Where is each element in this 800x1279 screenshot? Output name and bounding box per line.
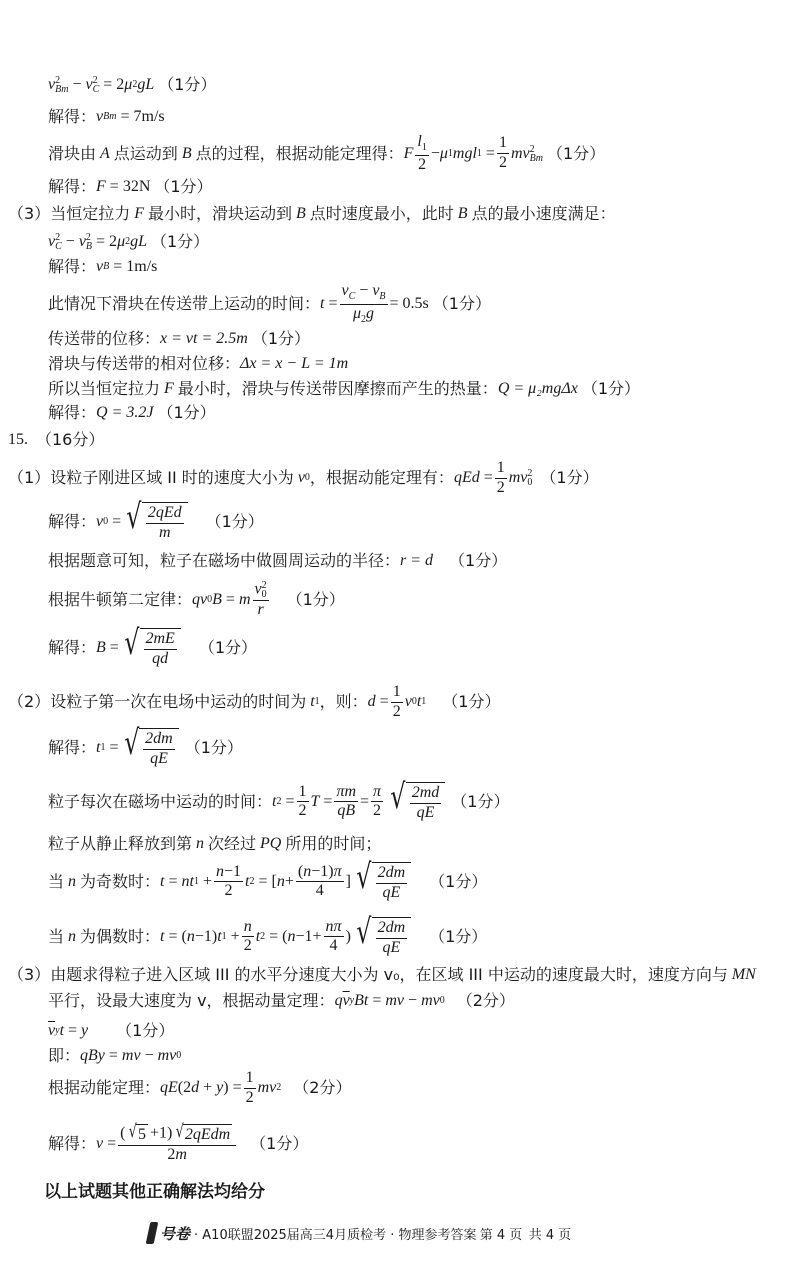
- circular-radius: 根据题意可知，粒子在磁场中做圆周运动的半径： r = d （1分）: [48, 553, 507, 569]
- momentum-theorem: 平行，设最大速度为 v，根据动量定理： qvyBt = mv − mv0 （2分…: [48, 993, 515, 1009]
- n-even-case: 当 n 为偶数时： t = (n−1)t1 + n2t2 = (n−1+ nπ4…: [48, 917, 487, 957]
- result-v-max: 解得： v = (√5+1)√2qEdm2m （1分）: [48, 1124, 308, 1164]
- logo-text: 号卷: [160, 1223, 190, 1244]
- footer-page-total: 共 4 页: [529, 1224, 572, 1243]
- work-energy-a-to-b: 滑块由 A 点运动到 B 点的过程，根据动能定理得： F l12 − μ1mgl…: [48, 134, 605, 173]
- relative-displacement: 滑块与传送带的相对位移： Δx = x − L = 1m: [48, 356, 348, 372]
- n-odd-case: 当 n 为奇数时： t = nt1 + n−12t2 = [n+ (n−1)π4…: [48, 862, 487, 902]
- time-on-belt: 此情况下滑块在传送带上运动的时间： t = vC − vBμ2g = 0.5s …: [48, 283, 491, 325]
- belt-displacement: 传送带的位移： x = vt = 2.5m （1分）: [48, 331, 310, 347]
- kinetic-energy-theorem: 根据动能定理： qE(2d + y) = 12 mv2 （2分）: [48, 1070, 351, 1107]
- combined-relation: 即： qBy = mv − mv0: [48, 1048, 181, 1064]
- result-vb: 解得： vB = 1m/s: [48, 259, 157, 275]
- average-velocity-relation: vyt = y （1分）: [48, 1023, 174, 1039]
- time-in-magnetic-field: 粒子每次在磁场中运动的时间： t2 = 12T = πmqB= π2 √2mdq…: [48, 782, 509, 822]
- footer-title: · A10联盟2025届高三4月质检考 · 物理参考答案: [194, 1224, 476, 1243]
- equation-vc-vb: v2C − v2B = 2μ2gL （1分）: [48, 233, 209, 251]
- part-3-intro: （3） 当恒定拉力 F 最小时，滑块运动到 B 点时速度最小，此时 B 点的最小…: [8, 206, 616, 222]
- result-b: 解得： B = √2mEqd （1分）: [48, 628, 257, 668]
- result-v0: 解得： v0 = √2qEdm （1分）: [48, 502, 264, 542]
- question-15-header: 15. （16分）: [8, 432, 104, 448]
- time-to-nth-crossing: 粒子从静止释放到第 n 次经过 PQ 所用的时间；: [48, 836, 381, 852]
- part-1-intro: （1） 设粒子刚进区域 II 时的速度大小为 v0 ，根据动能定理有： qEd …: [8, 460, 599, 497]
- result-f: 解得： F = 32N （1分）: [48, 179, 213, 195]
- heat-generated: 所以当恒定拉力 F 最小时，滑块与传送带因摩擦而产生的热量： Q = μ₂mgΔ…: [48, 381, 640, 397]
- result-vbm: 解得： vBm = 7m/s: [48, 109, 165, 125]
- footer-page-number: 第 4 页: [480, 1224, 523, 1243]
- result-q: 解得： Q = 3.2J （1分）: [48, 405, 216, 421]
- result-t1: 解得： t1 = √2dmqE （1分）: [48, 728, 243, 768]
- newton-second-law: 根据牛顿第二定律： qv0B = m v20r （1分）: [48, 581, 345, 619]
- part-2-intro: （2） 设粒子第一次在电场中运动的时间为 t1 ，则： d = 12 v0t1 …: [8, 684, 500, 721]
- page-footer: 号卷 · A10联盟2025届高三4月质检考 · 物理参考答案 第 4 页 共 …: [148, 1222, 571, 1244]
- equation-vbm-vc: v2Bm − v2C = 2μ2gL （1分）: [48, 76, 216, 94]
- closing-note: 以上试题其他正确解法均给分: [44, 1184, 265, 1201]
- part-3b-intro: （3） 由题求得粒子进入区域 III 的水平分速度大小为 v₀，在区域 III …: [8, 967, 756, 983]
- logo-icon: [146, 1222, 159, 1244]
